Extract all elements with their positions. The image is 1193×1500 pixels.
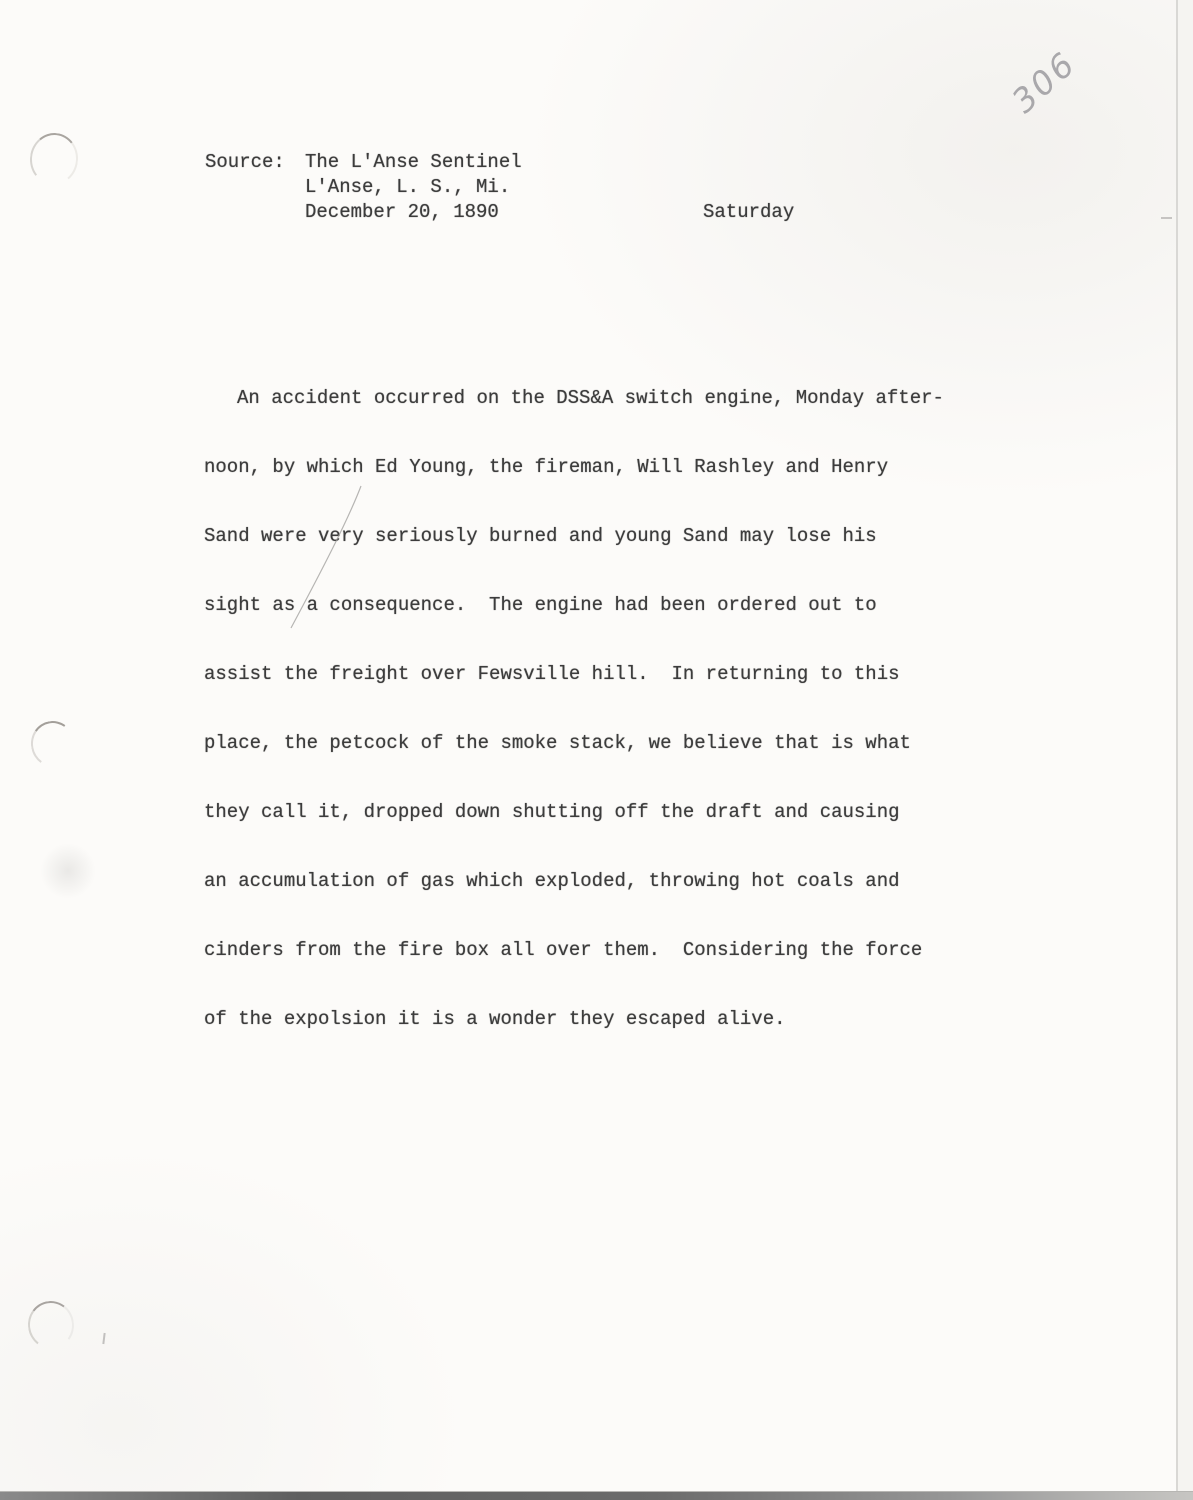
article-line: noon, by which Ed Young, the fireman, Wi… [204, 456, 974, 479]
source-label: Source: [205, 151, 285, 174]
page-edge-line [1176, 0, 1178, 1500]
scanner-bed-strip [0, 1491, 1193, 1500]
hole-punch-mark-bottom [25, 1298, 77, 1352]
article-line: they call it, dropped down shutting off … [204, 801, 974, 824]
article-line: an accumulation of gas which exploded, t… [204, 870, 974, 893]
hole-punch-mark-top [27, 131, 80, 188]
edge-tick-mark [1161, 217, 1172, 219]
article-line: of the expolsion it is a wonder they esc… [204, 1008, 974, 1031]
source-publication: The L'Anse Sentinel [305, 151, 522, 174]
pencil-tick-mark [102, 1333, 105, 1344]
article-line: An accident occurred on the DSS&A switch… [204, 387, 974, 410]
source-weekday: Saturday [703, 201, 794, 224]
hole-punch-mark-middle [27, 718, 78, 771]
source-date: December 20, 1890 [305, 201, 499, 224]
source-location: L'Anse, L. S., Mi. [305, 176, 510, 199]
smudge-mark [40, 843, 96, 899]
scanned-document-page: 306 Source: The L'Anse Sentinel L'Anse, … [0, 0, 1193, 1500]
handwritten-page-number: 306 [975, 22, 1105, 132]
article-paragraph: An accident occurred on the DSS&A switch… [204, 341, 974, 1077]
scanner-margin-area [1178, 0, 1193, 1500]
article-line: assist the freight over Fewsville hill. … [204, 663, 974, 686]
article-line: place, the petcock of the smoke stack, w… [204, 732, 974, 755]
crease-line [282, 480, 372, 635]
article-line: cinders from the fire box all over them.… [204, 939, 974, 962]
handwritten-page-number-text: 306 [1004, 43, 1084, 120]
